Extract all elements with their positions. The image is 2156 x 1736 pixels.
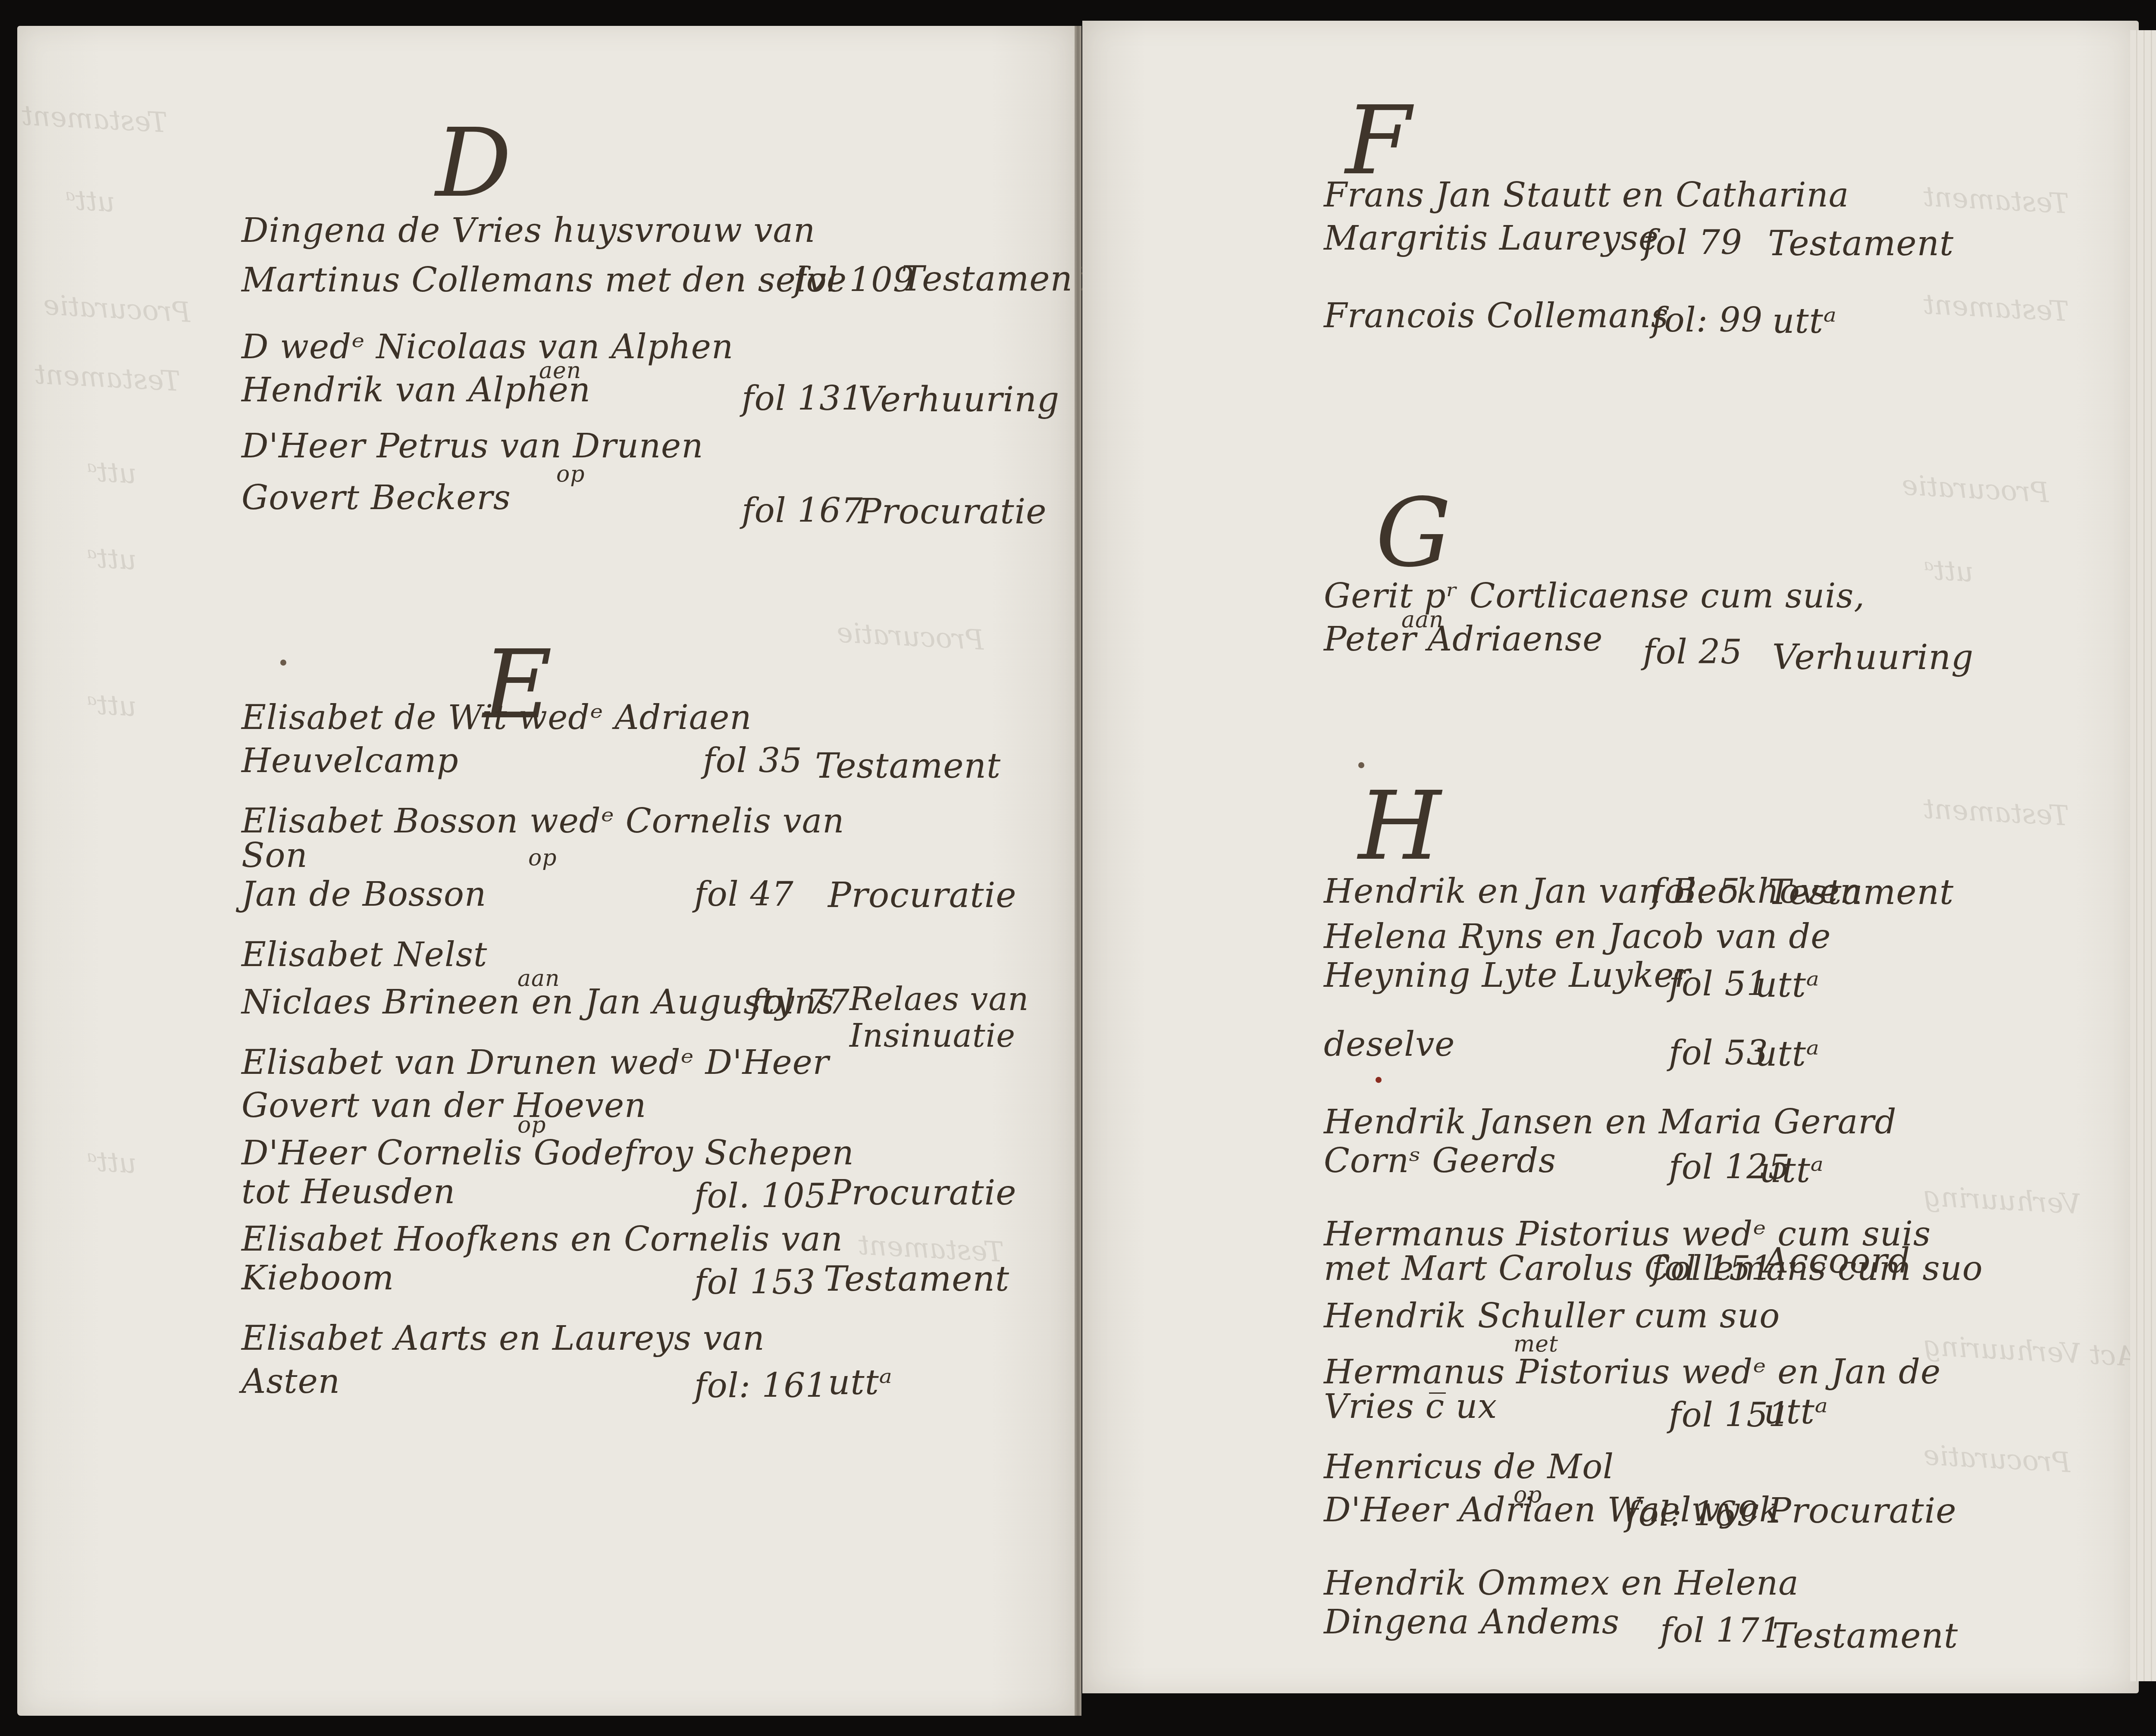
act-type: uttᵃ (1772, 301, 1837, 341)
entry-line: Jan de Bosson (241, 875, 486, 914)
red-ink-spot (1376, 1077, 1382, 1083)
act-type: Testament (815, 746, 1001, 786)
folio-reference: fol 77 (750, 983, 850, 1022)
show-through-text: uttᵃ (1922, 554, 1974, 588)
entry-line: Dingena de Vries huysvrouw van (241, 211, 815, 250)
show-through-text: Procuratie (1901, 469, 2049, 509)
entry-line: Henricus de Mol (1324, 1448, 1614, 1486)
entry-line: deselve (1324, 1025, 1455, 1064)
folio-reference: fol 109 (793, 261, 915, 300)
show-through-text: uttᵃ (85, 1145, 137, 1180)
entry-line: Hendrik Ommex en Helena (1324, 1564, 1799, 1603)
entry-line: D'Heer Petrus van Drunen (241, 427, 704, 466)
show-through-text: Testament (21, 100, 168, 139)
act-type: uttᵃ (1755, 1034, 1820, 1074)
entry-line: Peter Adriaense (1324, 620, 1603, 659)
act-type: uttᵃ (828, 1362, 893, 1402)
show-through-text: Procuratie (836, 617, 984, 657)
entry-line: Kieboom (241, 1259, 394, 1298)
right-page: Testament Testament Procuratie uttᵃ Test… (1082, 21, 2139, 1693)
left-page: Testament uttᵃ Procuratie Testament uttᵃ… (17, 26, 1076, 1716)
folio-reference: fol 151 (1651, 1249, 1773, 1288)
interlinear-note: op (528, 845, 557, 871)
section-letter-d: D (436, 108, 512, 218)
show-through-text: Testament (1922, 288, 2069, 328)
section-letter-h: H (1358, 771, 1442, 881)
act-type: Testament (1768, 223, 1954, 263)
folio-reference: fol 171 (1660, 1611, 1781, 1650)
act-type: Procuratie (858, 491, 1047, 532)
ink-spot (280, 660, 286, 666)
folio-reference: fol 153 (694, 1263, 815, 1302)
entry-line: Son (241, 836, 308, 875)
entry-line: Elisabet de Wit wedᵉ Adriaen (241, 698, 752, 737)
folio-reference: fol 79 (1643, 223, 1742, 262)
show-through-text: uttᵃ (85, 456, 137, 490)
interlinear-note: op (556, 461, 585, 487)
entry-line: Frans Jan Stautt en Catharina (1324, 176, 1849, 215)
page-edges-stack (2130, 30, 2156, 1681)
folio-reference: fol 131 (742, 379, 863, 418)
entry-line: Heyning Lyte Luyker (1324, 956, 1691, 995)
folio-reference: fol: 169 (1626, 1495, 1759, 1534)
folio-reference: fol 53 (1669, 1034, 1768, 1073)
act-type: Verhuuring (1772, 637, 1974, 677)
folio-reference: fol 167 (742, 491, 863, 530)
entry-line: Cornˢ Geerds (1324, 1142, 1556, 1180)
entry-line: D wedᵉ Nicolaas van Alphen (241, 328, 733, 366)
act-type: Verhuuring (858, 379, 1059, 419)
act-type: Testament (1768, 872, 1954, 912)
show-through-text: Testament (1922, 793, 2069, 832)
entry-line: Vries c̅ ux (1324, 1387, 1497, 1426)
entry-line: Hendrik Jansen en Maria Gerard (1324, 1103, 1896, 1142)
entry-line: D'Heer Cornelis Godefroy Schepen (241, 1134, 854, 1173)
entry-line: Elisabet Nelst (241, 935, 487, 974)
entry-line: Elisabet Aarts en Laureys van (241, 1319, 765, 1358)
entry-line: Elisabet Bosson wedᵉ Cornelis van (241, 802, 845, 841)
entry-line: Martinus Collemans met den selve (241, 261, 847, 300)
entry-line: Margritis Laureyse (1324, 219, 1659, 258)
act-type: Relaes van (849, 981, 1029, 1018)
act-type: Testament (824, 1259, 1009, 1299)
folio-reference: fol: 161 (694, 1367, 827, 1405)
entry-line: tot Heusden (241, 1173, 455, 1211)
folio-reference: fol 35 (703, 741, 802, 780)
entry-line: Elisabet Hoofkens en Cornelis van (241, 1220, 843, 1259)
entry-line: Francois Collemans (1324, 297, 1669, 335)
entry-line: Hermanus Pistorius wedᵉ en Jan de (1324, 1353, 1941, 1392)
folio-reference: fol 47 (694, 875, 794, 914)
entry-line: Hendrik van Alphen (241, 371, 591, 410)
act-type: Accoord (1764, 1241, 1910, 1281)
entry-line: Asten (241, 1362, 340, 1401)
section-letter-g: G (1376, 478, 1452, 588)
show-through-text: uttᵃ (85, 688, 137, 723)
show-through-text: uttᵃ (85, 542, 137, 576)
show-through-text: Testament (34, 358, 181, 398)
act-type: uttᵃ (1755, 965, 1820, 1005)
book-spine-gutter (1075, 26, 1081, 1716)
entry-line: Govert van der Hoeven (241, 1086, 646, 1125)
entry-line: Heuvelcamp (241, 741, 459, 780)
entry-line: Helena Ryns en Jacob van de (1324, 917, 1831, 956)
show-through-text: uttᵃ (64, 184, 116, 219)
folio-reference: fol 51 (1669, 965, 1768, 1004)
act-type-continuation: Insinuatie (849, 1017, 1015, 1054)
ink-spot (1358, 762, 1364, 768)
act-type: uttᵃ (1764, 1392, 1828, 1432)
show-through-text: Procuratie (42, 289, 191, 329)
act-type: Testament (1772, 1616, 1958, 1656)
act-type: Procuratie (828, 875, 1017, 915)
act-type: Procuratie (828, 1173, 1017, 1213)
entry-line: Elisabet van Drunen wedᵉ D'Heer (241, 1043, 829, 1082)
entry-line: Dingena Andems (1324, 1603, 1620, 1642)
show-through-text: Act Verhuuring (1922, 1330, 2137, 1373)
folio-reference: fol: 99 (1651, 301, 1763, 340)
show-through-text: Verhuuring (1922, 1180, 2081, 1220)
act-type: uttᵃ (1759, 1150, 1824, 1190)
folio-reference: fol 25 (1643, 633, 1742, 672)
act-type: Procuratie (1768, 1491, 1957, 1531)
show-through-text: Testament (1922, 181, 2069, 220)
entry-line: Niclaes Brineen en Jan Augustyns (241, 983, 834, 1022)
entry-line: Hendrik Schuller cum suo (1324, 1297, 1780, 1336)
act-type: Testament (901, 259, 1087, 299)
show-through-text: Procuratie (1922, 1439, 2071, 1479)
entry-line: Govert Beckers (241, 479, 511, 517)
folio-reference: fol. 105 (694, 1177, 827, 1216)
folio-reference: fol. 5 (1651, 872, 1740, 911)
